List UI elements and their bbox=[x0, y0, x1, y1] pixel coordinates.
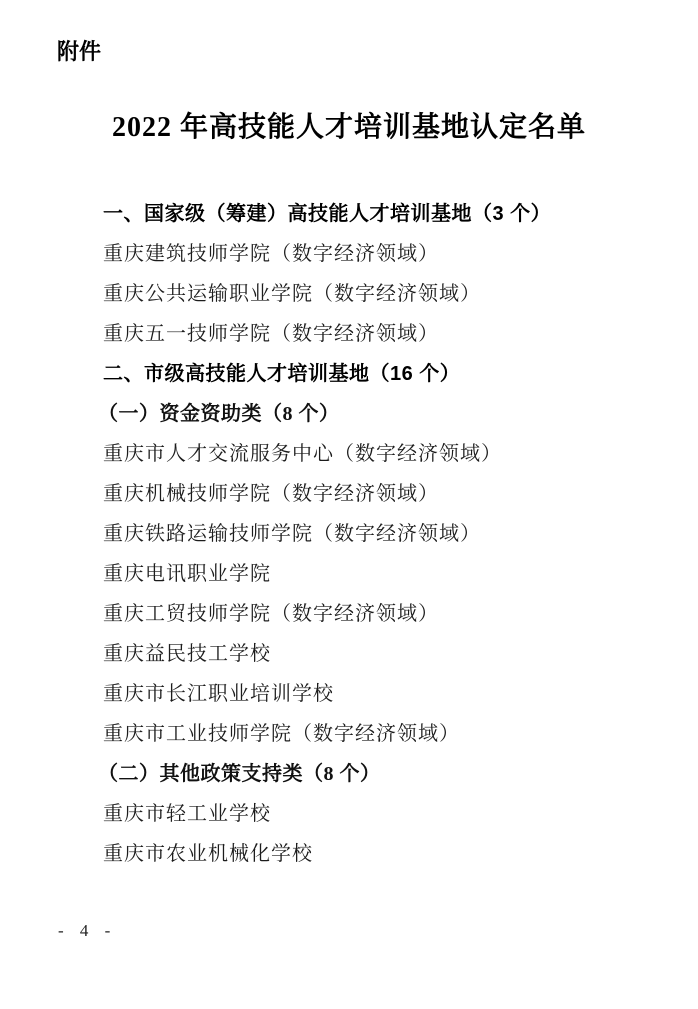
document-title: 2022 年高技能人才培训基地认定名单 bbox=[0, 108, 698, 148]
sub-heading: （一）资金资助类（8 个） bbox=[98, 394, 648, 434]
attachment-label: 附件 bbox=[57, 38, 101, 66]
list-item: 重庆电讯职业学院 bbox=[103, 554, 648, 594]
list-item: 重庆益民技工学校 bbox=[103, 634, 648, 674]
list-item: 重庆市农业机械化学校 bbox=[103, 834, 648, 874]
list-item: 重庆市轻工业学校 bbox=[103, 794, 648, 834]
list-item: 重庆市长江职业培训学校 bbox=[103, 674, 648, 714]
list-item: 重庆工贸技师学院（数字经济领域） bbox=[103, 594, 648, 634]
list-item: 重庆五一技师学院（数字经济领域） bbox=[103, 314, 648, 354]
section-heading: 一、国家级（筹建）高技能人才培训基地（3 个） bbox=[103, 194, 648, 234]
list-item: 重庆市工业技师学院（数字经济领域） bbox=[103, 714, 648, 754]
document-page: 附件 2022 年高技能人才培训基地认定名单 一、国家级（筹建）高技能人才培训基… bbox=[0, 0, 698, 1009]
list-item: 重庆市人才交流服务中心（数字经济领域） bbox=[103, 434, 648, 474]
sub-heading: （二）其他政策支持类（8 个） bbox=[98, 754, 648, 794]
document-body: 一、国家级（筹建）高技能人才培训基地（3 个）重庆建筑技师学院（数字经济领域）重… bbox=[103, 194, 648, 874]
list-item: 重庆公共运输职业学院（数字经济领域） bbox=[103, 274, 648, 314]
list-item: 重庆建筑技师学院（数字经济领域） bbox=[103, 234, 648, 274]
section-heading: 二、市级高技能人才培训基地（16 个） bbox=[103, 354, 648, 394]
list-item: 重庆铁路运输技师学院（数字经济领域） bbox=[103, 514, 648, 554]
page-number: - 4 - bbox=[58, 919, 116, 943]
list-item: 重庆机械技师学院（数字经济领域） bbox=[103, 474, 648, 514]
